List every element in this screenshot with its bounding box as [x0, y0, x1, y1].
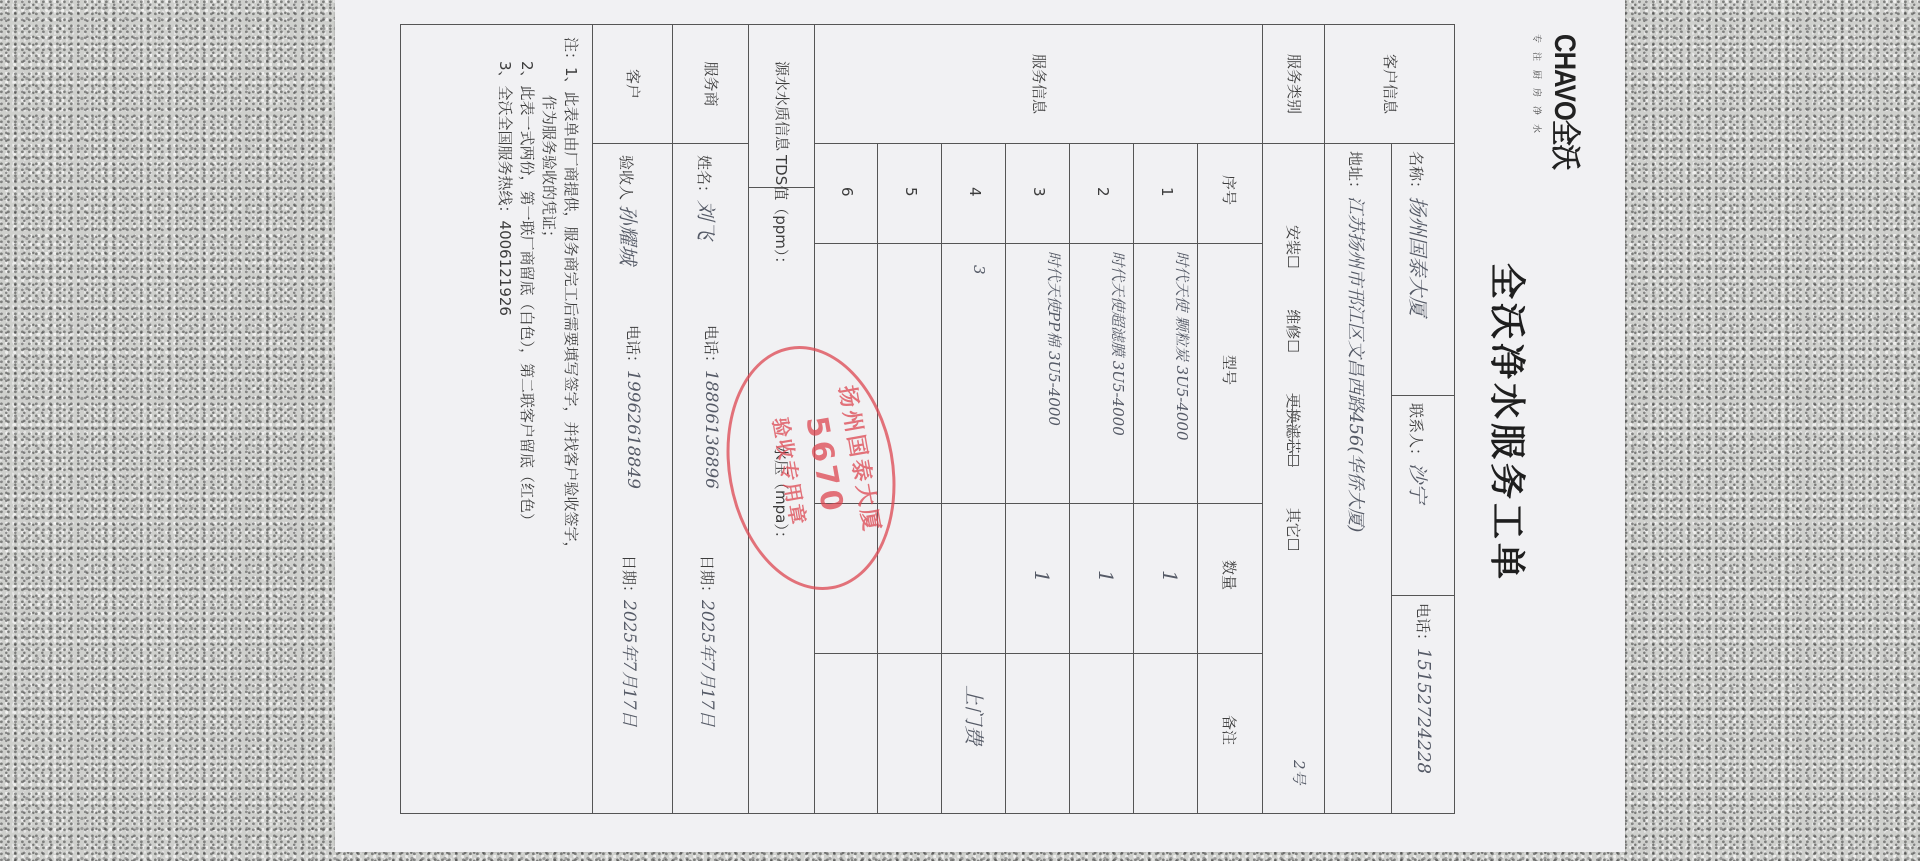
service-type-row: 服务类别 安装☐ 维修☐ 更换滤芯☐ 其它☐ 2号 [1262, 25, 1324, 813]
service-type-options: 安装☐ 维修☐ 更换滤芯☐ 其它☐ [1283, 225, 1304, 587]
provider-phone-field[interactable]: 电话：18806136896 [701, 325, 722, 489]
customer-phone-sign-field[interactable]: 电话：19962618849 [623, 325, 644, 489]
acceptor-signature: 孙耀城 [616, 205, 640, 265]
checkbox-replace-filter[interactable]: 更换滤芯☐ [1283, 393, 1304, 466]
work-order-page: CHAVO全沃 专注厨房净水 全沃净水服务工单 客户信息 名称：扬州国泰大厦 联… [335, 0, 1625, 852]
customer-info-label: 客户信息 [1325, 25, 1454, 144]
model-value: 3 [970, 265, 988, 275]
brand-name: CHAVO全沃 [1546, 34, 1590, 169]
customer-info-row: 客户信息 名称：扬州国泰大厦 联系人：沙宁 电话：15152724228 地址：… [1324, 25, 1454, 813]
customer-date-field[interactable]: 日期：2025年7月17日 [619, 555, 644, 727]
brand-logo: CHAVO全沃 专注厨房净水 [1531, 34, 1590, 193]
address-value: 江苏扬州市邗江区文昌西路456(华侨大厦) [1345, 196, 1366, 532]
acceptor-field[interactable]: 验收人 孙耀城 [615, 155, 644, 265]
checkbox-install[interactable]: 安装☐ [1283, 225, 1304, 268]
note-line-3: 3、全沃全国服务热线：4006121926 [494, 37, 516, 557]
checkbox-repair[interactable]: 维修☐ [1283, 309, 1304, 352]
customer-name-value: 扬州国泰大厦 [1406, 196, 1430, 316]
model-value: 时代天使PP棉 3U5-4000 [1044, 251, 1064, 499]
service-type-label: 服务类别 [1263, 25, 1324, 144]
col-header-qty: 数量 [1219, 560, 1240, 590]
contact-value: 沙宁 [1406, 463, 1430, 503]
note-line-1: 注：1、此表单由厂商提供，服务商完工后需要填写签字，并找客户验收签字， [560, 37, 582, 557]
page-title: 全沃净水服务工单 [1484, 0, 1535, 852]
tds-field[interactable]: TDS值（ppm）： [771, 155, 792, 271]
notes-section: 注：1、此表单由厂商提供，服务商完工后需要填写签字，并找客户验收签字， 作为服务… [494, 37, 582, 557]
service-form: 客户信息 名称：扬州国泰大厦 联系人：沙宁 电话：15152724228 地址：… [400, 24, 1455, 814]
note-line-1b: 作为服务验收的凭证； [538, 37, 560, 557]
work-order-paper: CHAVO全沃 专注厨房净水 全沃净水服务工单 客户信息 名称：扬州国泰大厦 联… [335, 0, 1625, 852]
contact-field[interactable]: 联系人：沙宁 [1405, 403, 1434, 503]
provider-phone-value: 18806136896 [701, 370, 721, 489]
checkbox-other[interactable]: 其它☐ [1283, 508, 1304, 551]
address-extra-note: 2号 [1289, 760, 1310, 785]
customer-label: 客户 [593, 25, 672, 144]
col-header-model: 型号 [1219, 355, 1240, 385]
customer-date-value: 2025年7月17日 [619, 600, 639, 727]
model-value: 时代天使 颗粒炭 3U5-4000 [1172, 251, 1192, 499]
customer-phone-field[interactable]: 电话：15152724228 [1413, 603, 1434, 774]
customer-sign-phone-value: 19962618849 [623, 370, 643, 489]
customer-sign-row: 客户 验收人 孙耀城 电话：19962618849 日期：2025年7月17日 [592, 25, 672, 813]
provider-date-field[interactable]: 日期：2025年7月17日 [697, 555, 722, 727]
customer-phone-value: 15152724228 [1413, 648, 1434, 774]
provider-date-value: 2025年7月17日 [697, 600, 717, 727]
qty-value: 1 [1030, 570, 1054, 583]
qty-value: 1 [1094, 570, 1118, 583]
qty-value: 1 [1158, 570, 1182, 583]
service-info-label: 服务信息 [815, 25, 1262, 144]
provider-label: 服务商 [673, 25, 748, 144]
model-value: 时代天使超滤膜 3U5-4000 [1108, 251, 1128, 499]
address-field[interactable]: 地址：江苏扬州市邗江区文昌西路456(华侨大厦) [1344, 151, 1370, 532]
col-header-no: 序号 [1219, 175, 1240, 205]
provider-name-value: 刘飞 [694, 200, 718, 240]
provider-name-field[interactable]: 姓名：刘飞 [693, 155, 722, 240]
note-line-2: 2、此表一式两份，第一联厂商留底（白色），第二联客户留底（红色） [516, 37, 538, 557]
col-header-note: 备注 [1219, 715, 1240, 745]
customer-name-field[interactable]: 名称：扬州国泰大厦 [1405, 151, 1434, 316]
note-value: 上门费 [961, 685, 990, 745]
